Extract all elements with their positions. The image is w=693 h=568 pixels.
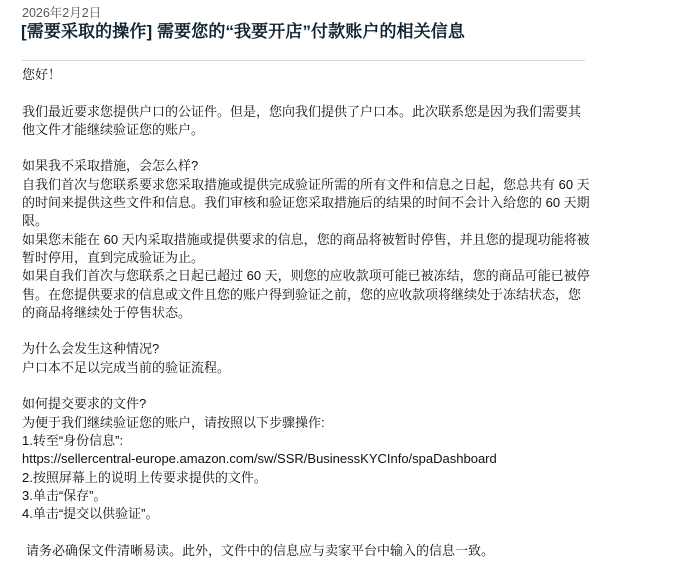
- step-1: 1.转至“身份信息”:: [22, 432, 592, 450]
- title-divider: [22, 60, 585, 61]
- how-intro: 为便于我们继续验证您的账户，请按照以下步骤操作:: [22, 414, 592, 432]
- message-body: 您好！ 我们最近要求您提供户口的公证件。但是，您向我们提供了户口本。此次联系您是…: [22, 66, 592, 560]
- step-4: 4.单击“提交以供验证”。: [22, 505, 592, 523]
- spacer: [22, 322, 592, 340]
- what-if-paragraph-2: 如果您未能在 60 天内采取措施或提供要求的信息，您的商品将被暂时停售，并且您的…: [22, 231, 592, 268]
- step-2: 2.按照屏幕上的说明上传要求提供的文件。: [22, 469, 592, 487]
- step-1-url-line: https://sellercentral-europe.amazon.com/…: [22, 450, 592, 468]
- identity-info-link[interactable]: https://sellercentral-europe.amazon.com/…: [22, 451, 497, 466]
- why-paragraph: 户口本不足以完成当前的验证流程。: [22, 359, 592, 377]
- what-if-heading: 如果我不采取措施，会怎么样?: [22, 157, 592, 175]
- spacer: [22, 377, 592, 395]
- closing-paragraph: 请务必确保文件清晰易读。此外，文件中的信息应与卖家平台中输入的信息一致。: [22, 542, 592, 560]
- how-heading: 如何提交要求的文件?: [22, 395, 592, 413]
- spacer: [22, 523, 592, 541]
- message-date: 2026年2月2日: [22, 5, 101, 21]
- step-3: 3.单击“保存”。: [22, 487, 592, 505]
- spacer: [22, 84, 592, 102]
- intro-paragraph: 我们最近要求您提供户口的公证件。但是，您向我们提供了户口本。此次联系您是因为我们…: [22, 103, 592, 140]
- what-if-paragraph-1: 自我们首次与您联系要求您采取措施或提供完成验证所需的所有文件和信息之日起，您总共…: [22, 176, 592, 231]
- message-title: [需要采取的操作] 需要您的“我要开店”付款账户的相关信息: [21, 20, 465, 44]
- greeting: 您好！: [22, 66, 592, 84]
- spacer: [22, 139, 592, 157]
- what-if-paragraph-3: 如果自我们首次与您联系之日起已超过 60 天，则您的应收款项可能已被冻结，您的商…: [22, 267, 592, 322]
- why-heading: 为什么会发生这种情况?: [22, 340, 592, 358]
